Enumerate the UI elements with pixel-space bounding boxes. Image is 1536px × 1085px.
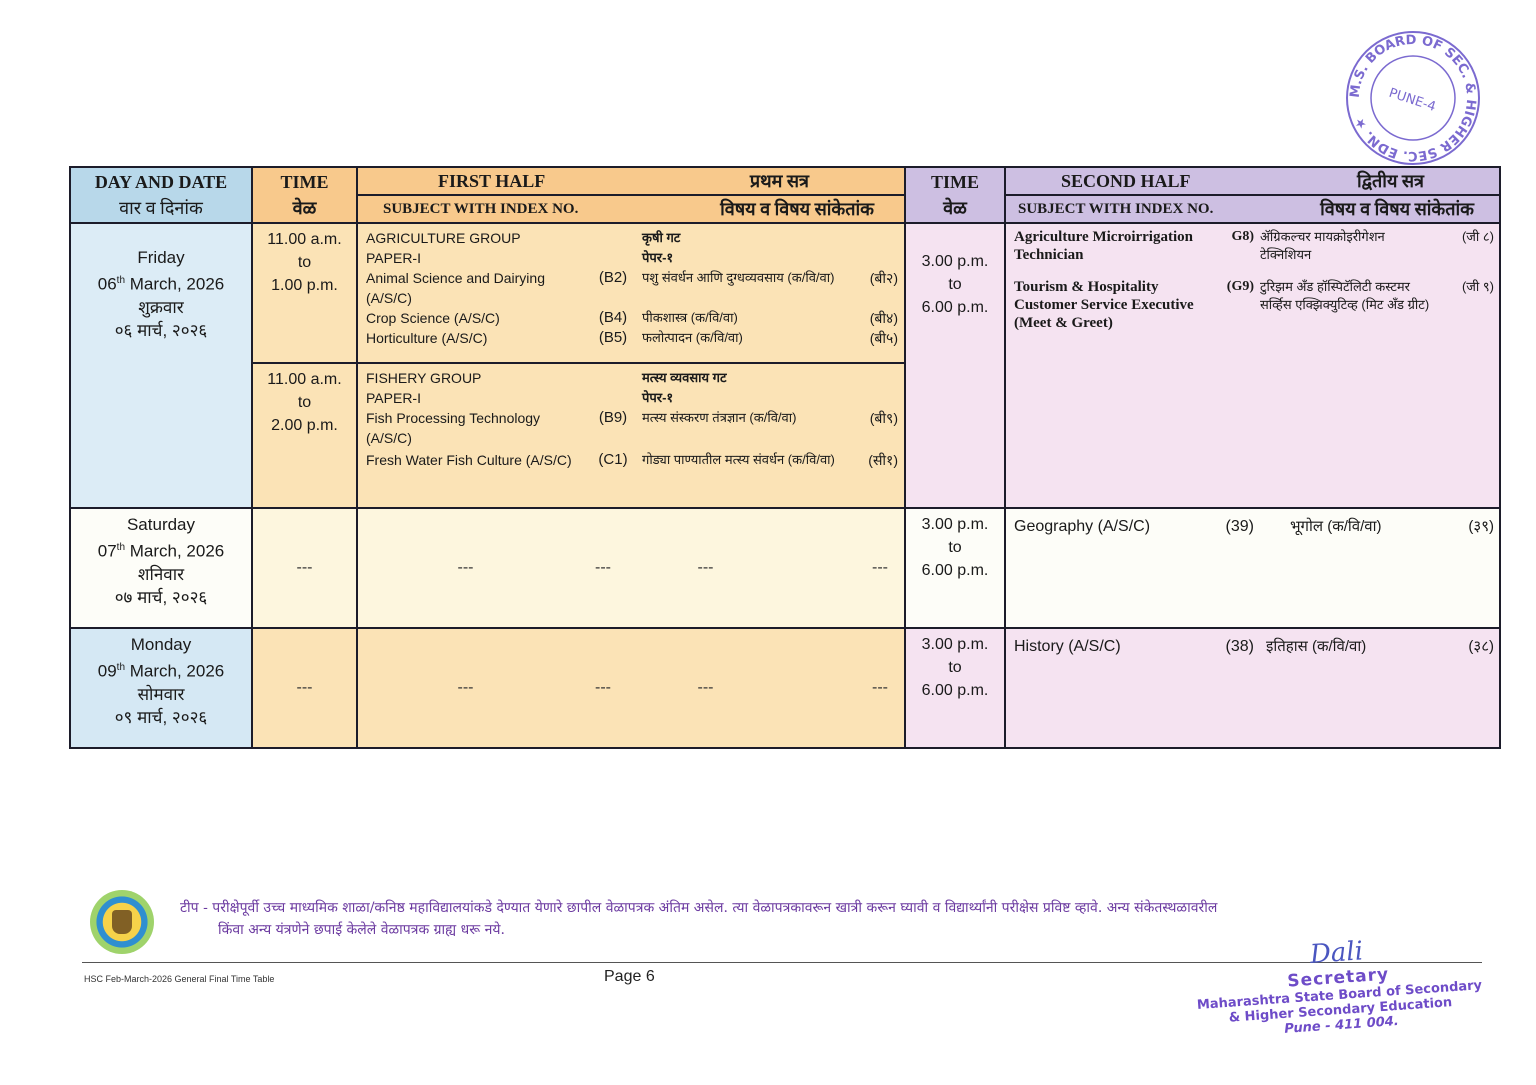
header-time-en: TIME [906, 169, 1004, 195]
day-mr: सोमवार [71, 683, 251, 706]
header-subject-mr: विषय व विषय सांकेतांक [1320, 197, 1474, 221]
day-date-cell: Friday 06th March, 2026 शुक्रवार ०६ मार्… [70, 223, 252, 508]
header-subject-en: SUBJECT WITH INDEX NO. [383, 201, 578, 218]
day-en: Monday [71, 633, 251, 656]
stamp-center-text: PUNE-4 [1387, 86, 1438, 115]
subject-group-fishery: FISHERY GROUPमत्स्य व्यवसाय गट PAPER-Iपे… [357, 363, 905, 508]
board-stamp: M.S. BOARD OF SEC. & HIGHER SEC. EDN. ★ … [1340, 28, 1486, 168]
header-second-subject: SUBJECT WITH INDEX NO. विषय व विषय सांके… [1005, 195, 1500, 223]
subject-item: Agriculture Microirrigation TechnicianG8… [1014, 228, 1491, 264]
day-en: Friday [71, 246, 251, 269]
header-time-mr: वेळ [906, 195, 1004, 221]
second-half-subjects: History (A/S/C)(38)इतिहास (क/वि/वा)(३८) [1005, 628, 1500, 748]
empty-first-half: ------------ [357, 628, 905, 748]
date-mr: ०७ मार्च, २०२६ [71, 586, 251, 609]
subject-item: Fish Processing Technology (A/S/C)(B9)मत… [366, 408, 896, 448]
time-cell: 3.00 p.m. to 6.00 p.m. [905, 628, 1005, 748]
header-time-first: TIME वेळ [252, 167, 357, 223]
date-mr: ०९ मार्च, २०२६ [71, 706, 251, 729]
empty-time: --- [252, 508, 357, 628]
subject-item: Tourism & Hospitality Customer Service E… [1014, 278, 1491, 332]
footer-note-line1: टीप - परीक्षेपूर्वी उच्च माध्यमिक शाळा/क… [180, 897, 1470, 919]
table-row: Monday 09th March, 2026 सोमवार ०९ मार्च,… [70, 628, 1500, 748]
header-day-date-mr: वार व दिनांक [71, 195, 251, 221]
table-row: Saturday 07th March, 2026 शनिवार ०७ मार्… [70, 508, 1500, 628]
header-subject-mr: विषय व विषय सांकेतांक [720, 197, 874, 221]
time-cell: 11.00 a.m. to 1.00 p.m. [252, 223, 357, 363]
header-subject-en: SUBJECT WITH INDEX NO. [1018, 201, 1213, 218]
header-first-half: FIRST HALF प्रथम सत्र [357, 167, 905, 195]
header-first-subject: SUBJECT WITH INDEX NO. विषय व विषय सांके… [357, 195, 905, 223]
header-first-half-en: FIRST HALF [438, 168, 545, 194]
subject-group-agriculture: AGRICULTURE GROUPकृषी गट PAPER-Iपेपर-१ A… [357, 223, 905, 363]
empty-first-half: ------------ [357, 508, 905, 628]
time-cell: 3.00 p.m. to 6.00 p.m. [905, 223, 1005, 508]
day-date-cell: Saturday 07th March, 2026 शनिवार ०७ मार्… [70, 508, 252, 628]
timetable: DAY AND DATE वार व दिनांक TIME वेळ FIRST… [69, 166, 1501, 749]
empty-time: --- [252, 628, 357, 748]
second-half-subjects: Agriculture Microirrigation TechnicianG8… [1005, 223, 1500, 508]
day-en: Saturday [71, 513, 251, 536]
day-mr: शनिवार [71, 563, 251, 586]
document-title: HSC Feb-March-2026 General Final Time Ta… [84, 974, 274, 984]
date-en: 06th March, 2026 [71, 269, 251, 296]
table-row: Friday 06th March, 2026 शुक्रवार ०६ मार्… [70, 223, 1500, 363]
subject-item: Fresh Water Fish Culture (A/S/C)(C1)गोड्… [366, 450, 896, 470]
header-time-mr: वेळ [253, 195, 356, 221]
page-number: Page 6 [604, 968, 655, 986]
header-time-en: TIME [253, 169, 356, 195]
header-time-second: TIME वेळ [905, 167, 1005, 223]
day-date-cell: Monday 09th March, 2026 सोमवार ०९ मार्च,… [70, 628, 252, 748]
header-day-date: DAY AND DATE वार व दिनांक [70, 167, 252, 223]
date-mr: ०६ मार्च, २०२६ [71, 319, 251, 342]
day-mr: शुक्रवार [71, 296, 251, 319]
time-cell: 3.00 p.m. to 6.00 p.m. [905, 508, 1005, 628]
date-en: 09th March, 2026 [71, 656, 251, 683]
header-second-half: SECOND HALF द्वितीय सत्र [1005, 167, 1500, 195]
subject-item: Horticulture (A/S/C)(B5)फलोत्पादन (क/वि/… [366, 328, 896, 348]
footer-note: टीप - परीक्षेपूर्वी उच्च माध्यमिक शाळा/क… [180, 897, 1470, 941]
header-first-half-mr: प्रथम सत्र [750, 169, 809, 193]
secretary-signature-block: Dali Secretary Maharashtra State Board o… [1186, 928, 1494, 1079]
subject-item: Geography (A/S/C)(39)भूगोल (क/वि/वा)(३९) [1014, 517, 1491, 537]
time-cell: 11.00 a.m. to 2.00 p.m. [252, 363, 357, 508]
header-second-half-en: SECOND HALF [1061, 168, 1191, 194]
header-day-date-en: DAY AND DATE [71, 169, 251, 195]
second-half-subjects: Geography (A/S/C)(39)भूगोल (क/वि/वा)(३९) [1005, 508, 1500, 628]
subject-item: History (A/S/C)(38)इतिहास (क/वि/वा)(३८) [1014, 637, 1491, 657]
board-logo-icon [90, 890, 154, 954]
subject-item: Crop Science (A/S/C)(B4)पीकशास्त्र (क/वि… [366, 308, 896, 328]
subject-item: Animal Science and Dairying (A/S/C)(B2)प… [366, 268, 896, 308]
header-second-half-mr: द्वितीय सत्र [1357, 169, 1424, 193]
date-en: 07th March, 2026 [71, 536, 251, 563]
footer-note-line2: किंवा अन्य यंत्रणेने छपाई केलेले वेळापत्… [180, 919, 1470, 941]
